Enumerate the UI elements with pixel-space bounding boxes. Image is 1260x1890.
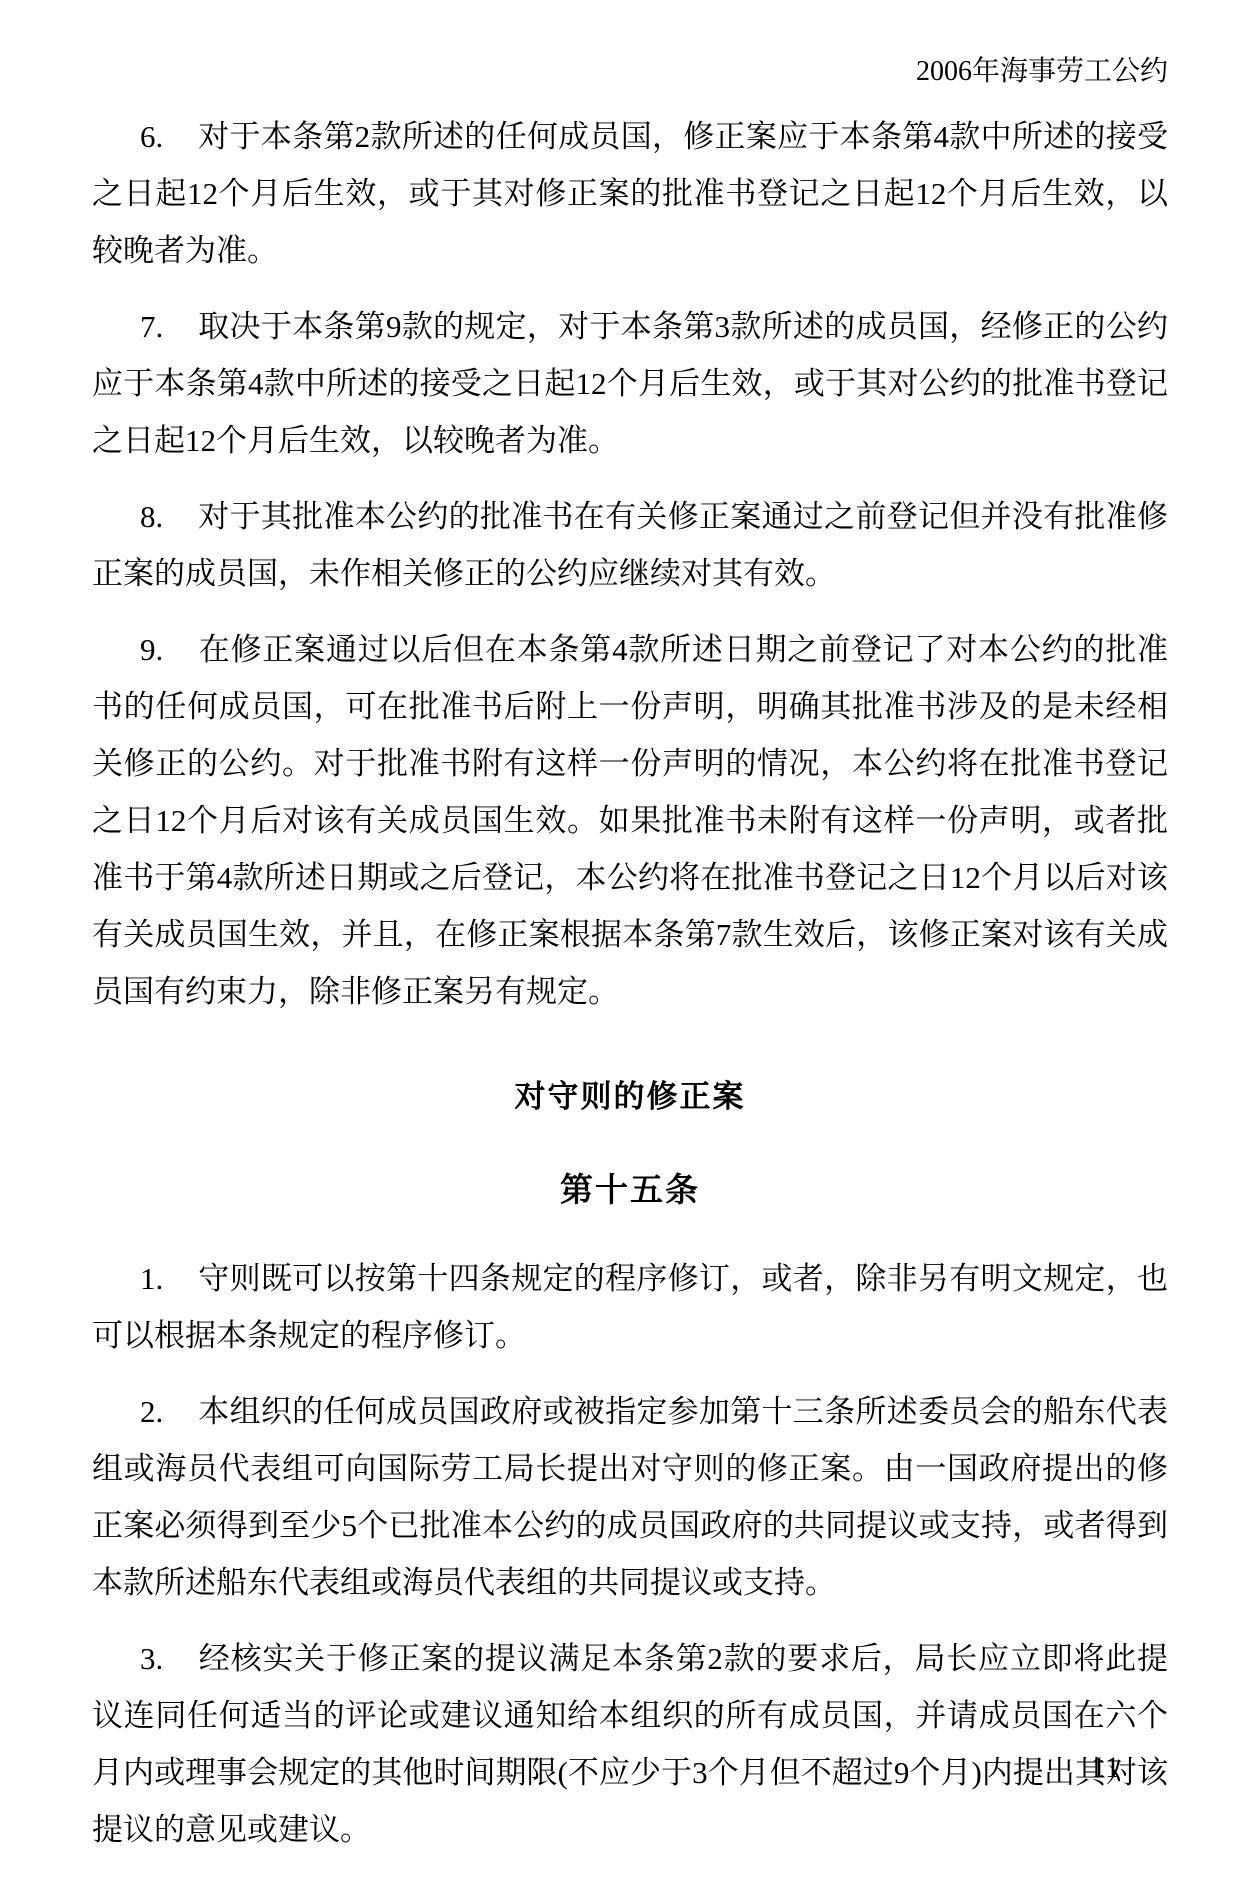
document-body: 6.对于本条第2款所述的任何成员国，修正案应于本条第4款中所述的接受之日起12个…: [92, 108, 1168, 1858]
paragraph: 7.取决于本条第9款的规定，对于本条第3款所述的成员国，经修正的公约应于本条第4…: [92, 298, 1168, 469]
section-heading: 对守则的修正案: [92, 1068, 1168, 1125]
paragraph-text: 守则既可以按第十四条规定的程序修订，或者，除非另有明文规定，也可以根据本条规定的…: [92, 1261, 1168, 1353]
paragraph-text: 经核实关于修正案的提议满足本条第2款的要求后，局长应立即将此提议连同任何适当的评…: [92, 1641, 1168, 1847]
paragraph-number: 6.: [140, 108, 170, 165]
document-page: 2006年海事劳工公约 6.对于本条第2款所述的任何成员国，修正案应于本条第4款…: [0, 0, 1260, 1890]
paragraph-number: 9.: [140, 621, 170, 678]
paragraph-number: 8.: [140, 488, 170, 545]
paragraph: 1.守则既可以按第十四条规定的程序修订，或者，除非另有明文规定，也可以根据本条规…: [92, 1250, 1168, 1364]
paragraph-number: 2.: [140, 1383, 170, 1440]
paragraph-text: 对于其批准本公约的批准书在有关修正案通过之前登记但并没有批准修正案的成员国，未作…: [92, 499, 1168, 591]
paragraph-text: 在修正案通过以后但在本条第4款所述日期之前登记了对本公约的批准书的任何成员国，可…: [92, 632, 1168, 1009]
paragraph: 3.经核实关于修正案的提议满足本条第2款的要求后，局长应立即将此提议连同任何适当…: [92, 1630, 1168, 1858]
paragraph-text: 取决于本条第9款的规定，对于本条第3款所述的成员国，经修正的公约应于本条第4款中…: [92, 309, 1168, 458]
paragraph: 6.对于本条第2款所述的任何成员国，修正案应于本条第4款中所述的接受之日起12个…: [92, 108, 1168, 279]
article-heading: 第十五条: [92, 1163, 1168, 1220]
running-header: 2006年海事劳工公约: [92, 55, 1168, 89]
paragraph-text: 本组织的任何成员国政府或被指定参加第十三条所述委员会的船东代表组或海员代表组可向…: [92, 1394, 1168, 1600]
paragraph: 9.在修正案通过以后但在本条第4款所述日期之前登记了对本公约的批准书的任何成员国…: [92, 621, 1168, 1020]
paragraph: 8.对于其批准本公约的批准书在有关修正案通过之前登记但并没有批准修正案的成员国，…: [92, 488, 1168, 602]
paragraph-number: 7.: [140, 298, 170, 355]
paragraph-text: 对于本条第2款所述的任何成员国，修正案应于本条第4款中所述的接受之日起12个月后…: [92, 119, 1168, 268]
paragraph-number: 3.: [140, 1630, 170, 1687]
page-number: 11: [1091, 1751, 1120, 1785]
paragraph: 2.本组织的任何成员国政府或被指定参加第十三条所述委员会的船东代表组或海员代表组…: [92, 1383, 1168, 1611]
paragraph-number: 1.: [140, 1250, 170, 1307]
